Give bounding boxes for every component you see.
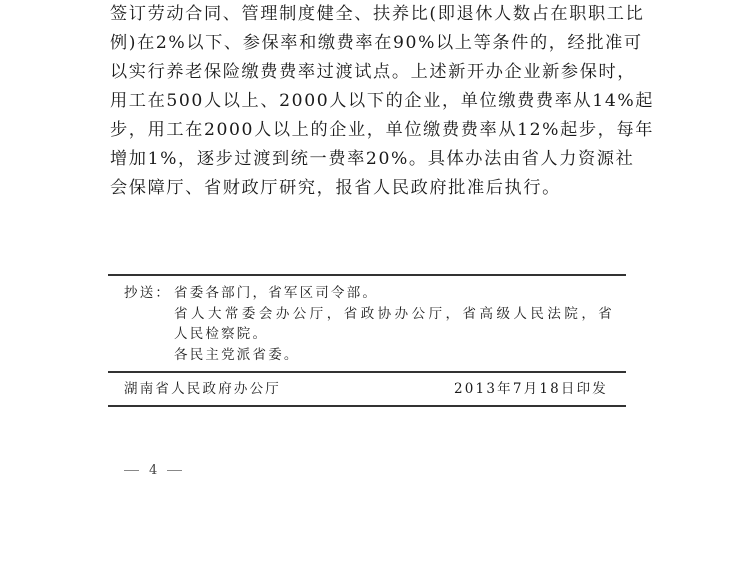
issue-date: 2013年7月18日印发 bbox=[454, 378, 608, 400]
cc-recipient-line: 省人大常委会办公厅，省政协办公厅，省高级人民法院，省 bbox=[174, 304, 614, 325]
body-line: 会保障厅、省财政厅研究，报省人民政府批准后执行。 bbox=[110, 174, 626, 203]
cc-recipient-line: 人民检察院。 bbox=[174, 324, 268, 345]
page-number-value: 4 bbox=[149, 463, 157, 478]
issuer-row: 湖南省人民政府办公厅 2013年7月18日印发 bbox=[124, 378, 608, 400]
body-line: 步，用工在2000人以上的企业，单位缴费费率从12%起步，每年 bbox=[110, 116, 626, 145]
cc-row: 各民主党派省委。 bbox=[124, 345, 614, 366]
cc-distribution-block: 抄送： 省委各部门，省军区司令部。 省人大常委会办公厅，省政协办公厅，省高级人民… bbox=[124, 283, 614, 365]
middle-divider bbox=[108, 371, 626, 373]
cc-row: 人民检察院。 bbox=[124, 324, 614, 345]
dash-left bbox=[124, 470, 139, 471]
document-page: 签订劳动合同、管理制度健全、扶养比(即退休人数占在职职工比 例)在2%以下、参保… bbox=[0, 0, 755, 582]
bottom-divider bbox=[108, 405, 626, 407]
body-line: 增加1%，逐步过渡到统一费率20%。具体办法由省人力资源社 bbox=[110, 145, 626, 174]
cc-recipient-line: 各民主党派省委。 bbox=[174, 345, 300, 366]
body-paragraph: 签订劳动合同、管理制度健全、扶养比(即退休人数占在职职工比 例)在2%以下、参保… bbox=[110, 0, 626, 203]
body-line: 用工在500人以上、2000人以下的企业，单位缴费费率从14%起 bbox=[110, 87, 626, 116]
body-line: 以实行养老保险缴费费率过渡试点。上述新开办企业新参保时， bbox=[110, 58, 626, 87]
dash-right bbox=[167, 470, 182, 471]
cc-row: 省人大常委会办公厅，省政协办公厅，省高级人民法院，省 bbox=[124, 304, 614, 325]
cc-label: 抄送： bbox=[124, 283, 174, 304]
page-number: 4 bbox=[124, 463, 182, 478]
issuer-name: 湖南省人民政府办公厅 bbox=[124, 378, 281, 400]
body-line: 例)在2%以下、参保率和缴费率在90%以上等条件的，经批准可 bbox=[110, 29, 626, 58]
cc-recipient-line: 省委各部门，省军区司令部。 bbox=[174, 283, 378, 304]
top-divider bbox=[108, 274, 626, 276]
cc-row: 抄送： 省委各部门，省军区司令部。 bbox=[124, 283, 614, 304]
body-line: 签订劳动合同、管理制度健全、扶养比(即退休人数占在职职工比 bbox=[110, 0, 626, 29]
